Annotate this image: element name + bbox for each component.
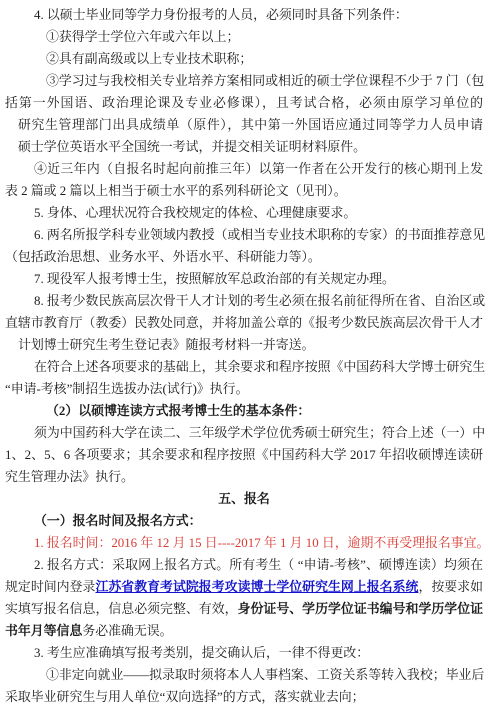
text-line: 书年月等信息务必准确无误。 (0, 620, 488, 642)
text-line: 括第一外国语、政治理论课及专业必修课），且考试合格，必须由原学习单位的 (0, 92, 488, 114)
online-registration-system-link[interactable]: 江苏省教育考试院报考攻读博士学位研究生网上报名系统 (95, 580, 418, 594)
body-text: 括第一外国语、政治理论课及专业必修课），且考试合格，必须由原学习单位的 (5, 96, 483, 110)
text-line: 究生管理办法》执行。 (0, 466, 488, 488)
text-line: 1、2、5、6 各项要求；其余要求和程序按照《中国药科大学 2017 年招收硕博… (0, 444, 488, 466)
emphasized-text: 五、报名 (218, 492, 270, 506)
body-text: （包括政治思想、业务水平、外语水平、科研能力等）。 (5, 250, 321, 264)
body-text: “申请-考核”制招生选拔办法(试行)》执行。 (5, 382, 248, 396)
item-5: 5. 身体、心理状况符合我校规定的体检、心理健康要求。 (0, 202, 488, 224)
item-3-category: 3. 考生应准确填写报考类别，提交确认后，一律不得更改： (0, 642, 488, 664)
body-text: 2. 报名方式：采取网上报名方式。所有考生（ “申请-考核”、硕博连读）均须在 (34, 558, 483, 572)
body-text: 务必准确无误。 (82, 624, 172, 638)
body-text: ①非定向就业——拟录取时须将本人人事档案、工资关系等转入我校；毕业后 (46, 668, 484, 682)
item-4-sub-3: ③学习过与我校相关专业培养方案相同或相近的硕士学位课程不少于 7 门（包 (0, 70, 488, 92)
text-line: 表 2 篇或 2 篇以上相当于硕士水平的系列科研论文（见刊）。 (0, 180, 488, 202)
body-text: ④近三年内（自报名时起向前推三年）以第一作者在公开发行的核心期刊上发 (34, 162, 483, 176)
body-text: 1、2、5、6 各项要求；其余要求和程序按照《中国药科大学 2017 年招收硕博… (5, 448, 483, 462)
emphasized-text: （一）报名时间及报名方式： (34, 514, 202, 528)
body-text: 直辖市教育厅（教委）民教处同意，并将加盖公章的《报考少数民族高层次骨干人才 (5, 316, 483, 330)
item-4-sub-2: ②具有副高级或以上专业技术职称； (0, 48, 488, 70)
body-text: 须为中国药科大学在读二、三年级学术学位优秀硕士研究生；符合上述（一）中 (34, 426, 485, 440)
body-text: 研究生管理部门出具成绩单（原件），其中第一外国语应通过同等学力人员申请 (18, 118, 483, 132)
subsection-1-heading: （一）报名时间及报名方式： (0, 510, 488, 532)
text-line: （包括政治思想、业务水平、外语水平、科研能力等）。 (0, 246, 488, 268)
text-line: “申请-考核”制招生选拔办法(试行)》执行。 (0, 378, 488, 400)
body-text: 8. 报考少数民族高层次骨干人才计划的考生必须在报名前征得所在省、自治区或 (34, 294, 485, 308)
item-7: 7. 现役军人报考博士生，按照解放军总政治部的有关规定办理。 (0, 268, 488, 290)
section-5-heading: 五、报名 (0, 488, 488, 510)
text-line: 计划博士研究生考生登记表》随报考材料一并寄送。 (0, 334, 488, 356)
item-4: 4. 以硕士毕业同等学力身份报考的人员，必须同时具备下列条件： (0, 4, 488, 26)
body-text: ②具有副高级或以上专业技术职称； (46, 52, 252, 66)
body-text: 4. 以硕士毕业同等学力身份报考的人员，必须同时具备下列条件： (34, 8, 408, 22)
item-4-sub-4: ④近三年内（自报名时起向前推三年）以第一作者在公开发行的核心期刊上发 (0, 158, 488, 180)
body-text: 实填写报名信息，信息必须完整、有效， (5, 602, 238, 616)
text-line: 研究生管理部门出具成绩单（原件），其中第一外国语应通过同等学力人员申请 (0, 114, 488, 136)
text-line: 实填写报名信息，信息必须完整、有效，身份证号、学历学位证书编号和学历学位证 (0, 598, 488, 620)
text-line: 须为中国药科大学在读二、三年级学术学位优秀硕士研究生；符合上述（一）中 (0, 422, 488, 444)
emphasized-text: 身份证号、学历学位证书编号和学历学位证 (238, 602, 483, 616)
body-text: 表 2 篇或 2 篇以上相当于硕士水平的系列科研论文（见刊）。 (5, 184, 347, 198)
registration-deadline-notice: 1. 报名时间：2016 年 12 月 15 日----2017 年 1 月 1… (0, 532, 488, 554)
item-4-sub-1: ①获得学士学位六年或六年以上； (0, 26, 488, 48)
body-text: 在符合上述各项要求的基础上，其余要求和程序按照《中国药科大学博士研究生 (34, 360, 485, 374)
body-text: 5. 身体、心理状况符合我校规定的体检、心理健康要求。 (34, 206, 356, 220)
body-text: 计划博士研究生考生登记表》随报考材料一并寄送。 (18, 338, 314, 352)
body-text: 7. 现役军人报考博士生，按照解放军总政治部的有关规定办理。 (34, 272, 395, 286)
body-text: 究生管理办法》执行。 (5, 470, 134, 484)
emphasized-text: 书年月等信息 (5, 624, 82, 638)
body-text: ③学习过与我校相关专业培养方案相同或相近的硕士学位课程不少于 7 门（包 (46, 74, 484, 88)
body-text: 采取毕业研究生与用人单位“双向选择”的方式，落实就业去向； (5, 690, 365, 704)
body-text: ①获得学士学位六年或六年以上； (46, 30, 239, 44)
deadline-text: 1. 报名时间：2016 年 12 月 15 日----2017 年 1 月 1… (34, 536, 488, 550)
text-line: 硕士学位英语水平全国统一考试，并提交相关证明材料原件。 (0, 136, 488, 158)
item-6: 6. 两名所报学科专业领域内教授（或相当专业技术职称的专家）的书面推荐意见 (0, 224, 488, 246)
text-line: 在符合上述各项要求的基础上，其余要求和程序按照《中国药科大学博士研究生 (0, 356, 488, 378)
body-text: 6. 两名所报学科专业领域内教授（或相当专业技术职称的专家）的书面推荐意见 (34, 228, 485, 242)
body-text: 规定时间内登录 (5, 580, 95, 594)
text-line: 采取毕业研究生与用人单位“双向选择”的方式，落实就业去向； (0, 686, 488, 707)
emphasized-text: （2）以硕博连读方式报考博士生的基本条件： (46, 404, 310, 418)
document-body: 4. 以硕士毕业同等学力身份报考的人员，必须同时具备下列条件：①获得学士学位六年… (0, 4, 488, 707)
body-text: 3. 考生应准确填写报考类别，提交确认后，一律不得更改： (34, 646, 369, 660)
document-page: 4. 以硕士毕业同等学力身份报考的人员，必须同时具备下列条件：①获得学士学位六年… (0, 0, 488, 707)
text-line: 规定时间内登录江苏省教育考试院报考攻读博士学位研究生网上报名系统，按要求如 (0, 576, 488, 598)
subsection-2-heading: （2）以硕博连读方式报考博士生的基本条件： (0, 400, 488, 422)
item-8: 8. 报考少数民族高层次骨干人才计划的考生必须在报名前征得所在省、自治区或 (0, 290, 488, 312)
employment-type-1: ①非定向就业——拟录取时须将本人人事档案、工资关系等转入我校；毕业后 (0, 664, 488, 686)
text-line: 直辖市教育厅（教委）民教处同意，并将加盖公章的《报考少数民族高层次骨干人才 (0, 312, 488, 334)
registration-method: 2. 报名方式：采取网上报名方式。所有考生（ “申请-考核”、硕博连读）均须在 (0, 554, 488, 576)
body-text: ，按要求如 (418, 580, 483, 594)
body-text: 硕士学位英语水平全国统一考试，并提交相关证明材料原件。 (18, 140, 366, 154)
